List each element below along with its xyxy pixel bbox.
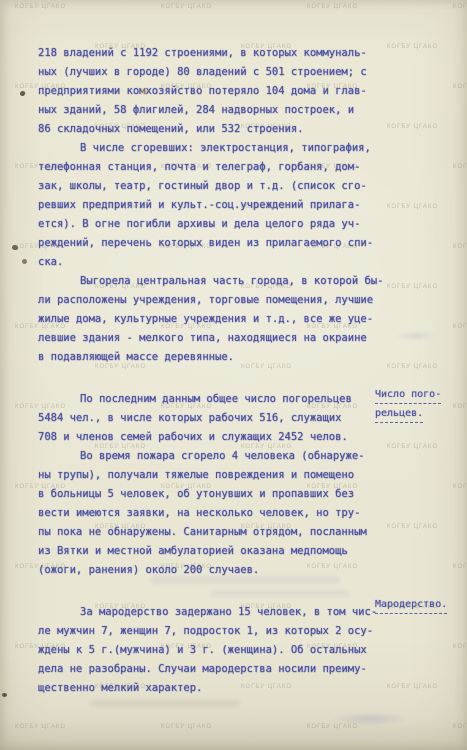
text-line: 708 и членов семей рабочих и служащих 24…: [38, 428, 378, 447]
text-line: телефонная станция, почта и телеграф, го…: [38, 158, 378, 177]
archive-watermark: КОГБУ ЦГАКО: [161, 4, 212, 10]
archive-watermark: КОГБУ ЦГАКО: [387, 684, 438, 690]
archive-watermark: КОГБУ ЦГАКО: [453, 164, 467, 170]
text-line: ска.: [38, 253, 378, 272]
margin-note-line: Мародерство.: [375, 598, 447, 614]
archive-watermark: КОГБУ ЦГАКО: [387, 204, 438, 210]
text-line: За мародерство задержано 15 человек, в т…: [38, 603, 378, 622]
margin-note-fire-victims: Число пого- рельцев.: [375, 388, 463, 426]
margin-note-line: Число пого-: [375, 388, 441, 404]
ink-speck: [2, 693, 7, 697]
archive-watermark: КОГБУ ЦГАКО: [453, 84, 467, 90]
text-line: ле мужчин 7, женщин 7, подросток 1, из к…: [38, 622, 378, 641]
text-column: 218 владений с 1192 строениями, в которы…: [38, 44, 378, 698]
archive-watermark: КОГБУ ЦГАКО: [15, 4, 66, 10]
paragraph: Во время пожара сгорело 4 человека (обна…: [38, 447, 378, 580]
text-line: ных (лучших в городе) 80 владений с 501 …: [38, 63, 378, 82]
archive-watermark: КОГБУ ЦГАКО: [453, 324, 467, 330]
archive-watermark: КОГБУ ЦГАКО: [387, 524, 438, 530]
archive-watermark: КОГБУ ЦГАКО: [387, 444, 438, 450]
paragraph: За мародерство задержано 15 человек, в т…: [38, 603, 378, 698]
paragraph: По последним данным общее число погорель…: [38, 390, 378, 447]
text-line: 5484 чел., в числе которых рабочих 516, …: [38, 409, 378, 428]
text-line: 86 складочных помещений, или 532 строени…: [38, 120, 378, 139]
bleed-through-mark: [150, 576, 340, 584]
archive-watermark: КОГБУ ЦГАКО: [453, 724, 467, 730]
text-line: Во время пожара сгорело 4 человека (обна…: [38, 447, 378, 466]
text-line: В числе сгоревших: электростанция, типог…: [38, 139, 378, 158]
text-line: в подавляющей массе деревянные.: [38, 348, 378, 367]
ink-smudge: [330, 712, 410, 726]
paragraph: В числе сгоревших: электростанция, типог…: [38, 139, 378, 272]
text-line: зак, школы, театр, гостиный двор и т.д. …: [38, 177, 378, 196]
archive-watermark: КОГБУ ЦГАКО: [453, 644, 467, 650]
text-line: ждены к 5 г.(мужчина) и 3 г. (женщина). …: [38, 641, 378, 660]
text-line: щественно мелкий характер.: [38, 679, 378, 698]
text-line: ревших предприятий и культ.-соц.учрежден…: [38, 196, 378, 215]
archive-watermark: КОГБУ ЦГАКО: [453, 4, 467, 10]
archive-watermark: КОГБУ ЦГАКО: [387, 364, 438, 370]
ink-speck: [22, 259, 27, 264]
paper-stain: [141, 89, 147, 94]
text-line: дела не разобраны. Случаи мародерства но…: [38, 660, 378, 679]
text-line: ется). В огне погибли архивы и дела цело…: [38, 215, 378, 234]
text-line: 218 владений с 1192 строениями, в которы…: [38, 44, 378, 63]
bleed-through-mark: [90, 700, 240, 707]
paragraph: Выгорела центральная часть города, в кот…: [38, 272, 378, 367]
ink-smudge: [395, 331, 437, 341]
bleed-through-mark: [210, 590, 350, 597]
text-line: Выгорела центральная часть города, в кот…: [38, 272, 378, 291]
text-line: реждений, перечень которых виден из прил…: [38, 234, 378, 253]
archive-watermark: КОГБУ ЦГАКО: [453, 564, 467, 570]
archive-watermark: КОГБУ ЦГАКО: [387, 44, 438, 50]
archive-watermark: КОГБУ ЦГАКО: [15, 724, 66, 730]
text-line: По последним данным общее число погорель…: [38, 390, 378, 409]
document-page: КОГБУ ЦГАКОКОГБУ ЦГАКОКОГБУ ЦГАКОКОГБУ Ц…: [0, 0, 467, 750]
text-line: предприятиями комхозяйство потеряло 104 …: [38, 82, 378, 101]
text-line: пы пока не обнаружены. Санитарным отрядо…: [38, 523, 378, 542]
ink-speck: [12, 245, 18, 250]
archive-watermark: КОГБУ ЦГАКО: [387, 284, 438, 290]
text-line: жилые дома, культурные учреждения и т.д.…: [38, 310, 378, 329]
margin-note-line: рельцев.: [375, 407, 423, 423]
paragraph: 218 владений с 1192 строениями, в которы…: [38, 44, 378, 139]
text-line: в больницы 5 человек, об утонувших и про…: [38, 485, 378, 504]
archive-watermark: КОГБУ ЦГАКО: [453, 484, 467, 490]
archive-watermark: КОГБУ ЦГАКО: [387, 124, 438, 130]
margin-note-marauding: Мародерство.: [375, 598, 463, 617]
text-line: вести имеются заявки, на несколько челов…: [38, 504, 378, 523]
text-line: из Вятки и местной амбулаторией оказана …: [38, 542, 378, 561]
archive-watermark: КОГБУ ЦГАКО: [161, 724, 212, 730]
text-line: ных зданий, 58 флигилей, 284 надворных п…: [38, 101, 378, 120]
text-line: ны трупы), получали тяжелые повреждения …: [38, 466, 378, 485]
text-line: левшие здания - мелкого типа, находящиес…: [38, 329, 378, 348]
archive-watermark: КОГБУ ЦГАКО: [307, 4, 358, 10]
archive-watermark: КОГБУ ЦГАКО: [453, 244, 467, 250]
text-line: ли расположены учреждения, торговые поме…: [38, 291, 378, 310]
